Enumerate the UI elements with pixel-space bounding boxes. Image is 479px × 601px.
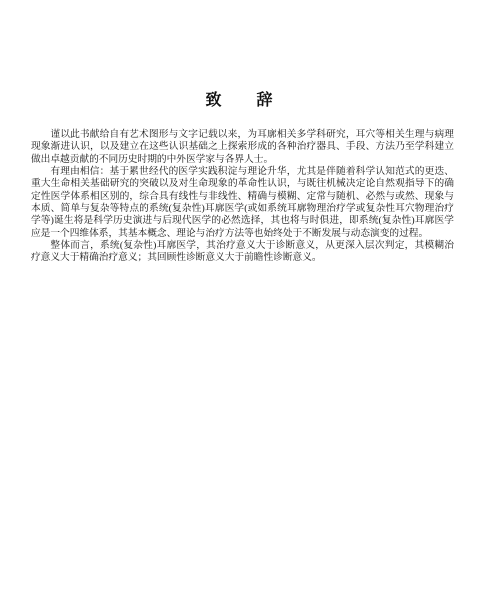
page-title: 致 辞 bbox=[0, 87, 479, 110]
paragraph: 有理由相信：基于累世经代的医学实践积淀与理论升华，尤其是伴随着科学认知范式的更迭… bbox=[31, 166, 454, 240]
paragraph: 谨以此书献给自有艺术图形与文字记载以来，为耳廓相关多学科研究，耳穴等相关生理与病… bbox=[31, 129, 454, 166]
paragraph: 整体而言，系统(复杂性)耳廓医学，其治疗意义大于诊断意义，从更深入层次判定，其模… bbox=[31, 240, 454, 265]
document-page: 致 辞 谨以此书献给自有艺术图形与文字记载以来，为耳廓相关多学科研究，耳穴等相关… bbox=[0, 0, 479, 601]
page-body: 谨以此书献给自有艺术图形与文字记载以来，为耳廓相关多学科研究，耳穴等相关生理与病… bbox=[31, 129, 454, 265]
